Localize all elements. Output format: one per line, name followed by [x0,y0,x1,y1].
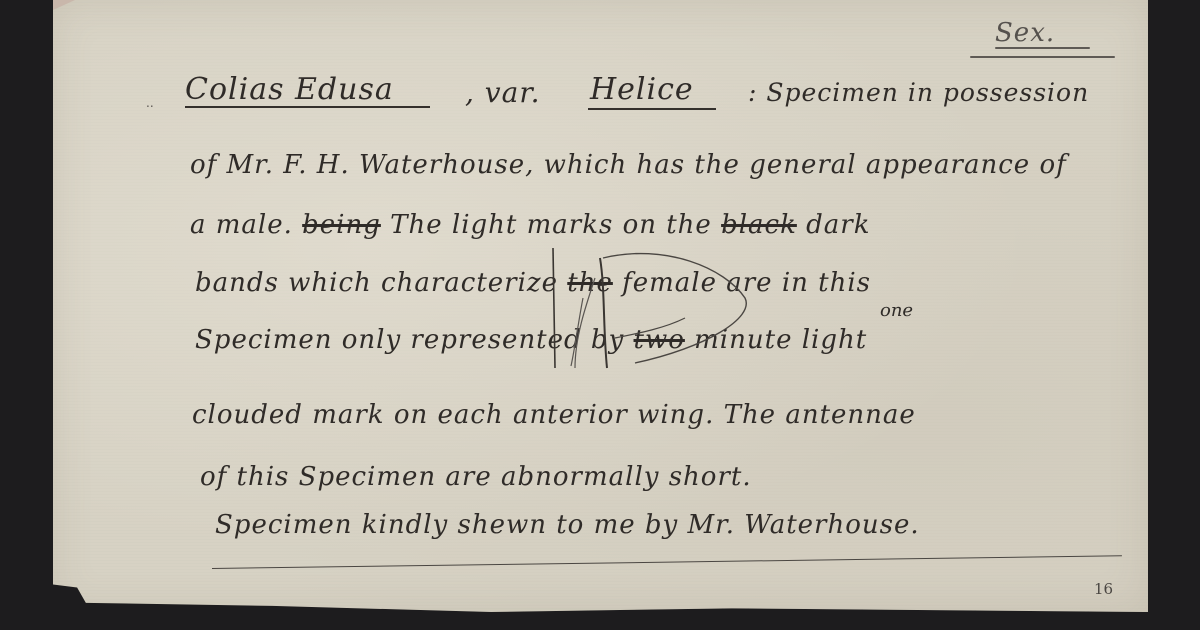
heading-underline-2 [970,56,1115,58]
scan-background: Sex. .. Colias Edusa , var. Helice : Spe… [0,0,1200,630]
manuscript-line-7: of this Specimen are abnormally short. [200,462,752,492]
manuscript-line-3: a male. being The light marks on the bla… [190,210,870,240]
line-5-before: Specimen only represented by [195,325,624,355]
variety-separator: , var. [465,76,541,109]
variety-name: Helice [590,72,694,107]
margin-mark: .. [146,96,154,110]
manuscript-line-6: clouded mark on each anterior wing. The … [192,400,916,430]
heading-underline-1 [995,47,1090,49]
struck-word-the: the [567,268,613,298]
line-5-after: minute light [694,325,867,355]
page-number: 16 [1094,580,1113,598]
manuscript-line-4: bands which characterize the female are … [195,268,871,298]
struck-word-being: being [302,210,381,240]
struck-word-two: two [634,325,685,355]
variety-underline [588,108,716,110]
line-3-after: dark [806,210,870,240]
line-4-before: bands which characterize [195,268,558,298]
struck-word-black: black [721,210,797,240]
line-3-before: a male. [190,210,293,240]
species-name: Colias Edusa [185,72,394,107]
line-1-rest: : Specimen in possession [748,78,1089,107]
species-underline [185,106,430,108]
inserted-word-one: one [880,300,913,321]
line-4-after: female are in this [622,268,871,298]
manuscript-line-5: Specimen only represented by two minute … [195,325,867,355]
page-heading: Sex. [995,18,1055,48]
manuscript-line-2: of Mr. F. H. Waterhouse, which has the g… [190,150,1067,180]
line-3-middle: The light marks on the [390,210,712,240]
manuscript-line-8: Specimen kindly shewn to me by Mr. Water… [215,510,920,540]
